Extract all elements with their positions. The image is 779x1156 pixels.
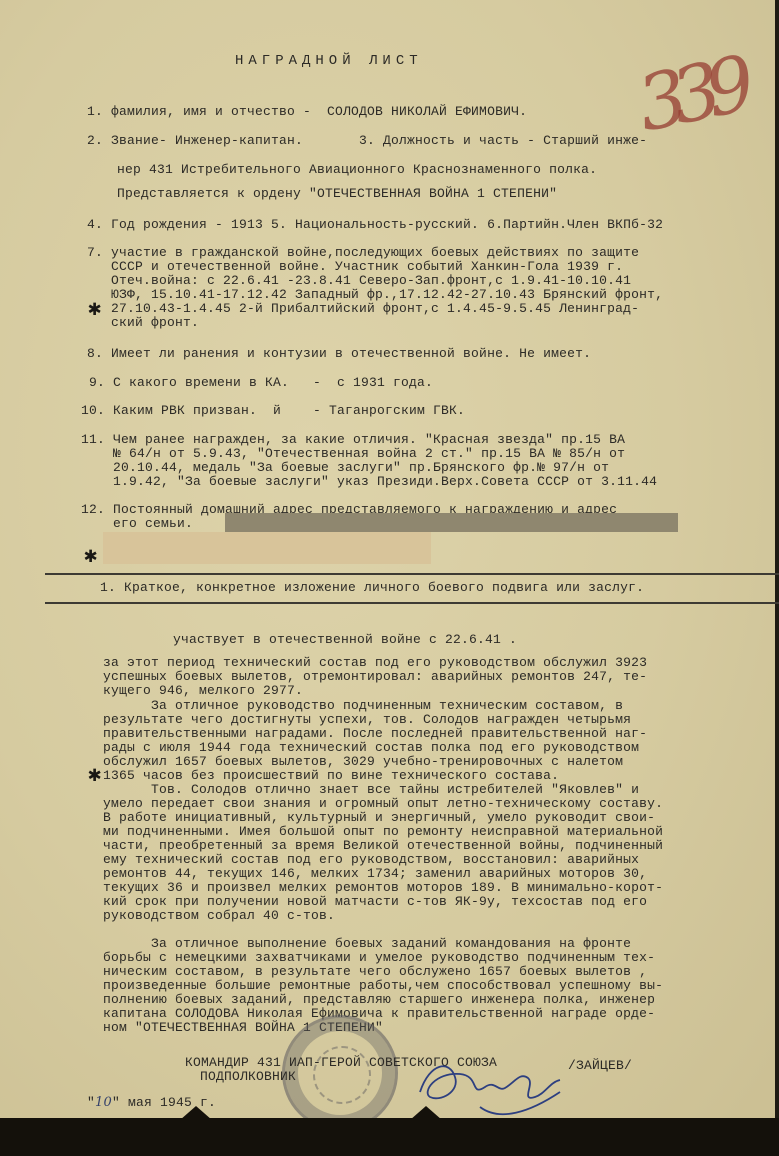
narrative-p4-line-6: капитана СОЛОДОВА Николая Ефимовича к пр… bbox=[103, 1007, 655, 1021]
narrative-p3-line-7: ремонтов 44, текущих 146, мелких 1734; з… bbox=[103, 867, 647, 881]
award-recommended: Представляется к ордену "ОТЕЧЕСТВЕННАЯ В… bbox=[117, 187, 557, 201]
narrative-p2-line-5: обслужил 1657 боевых вылетов, 3029 учебн… bbox=[103, 755, 623, 769]
section-header: 1. Краткое, конкретное изложение личного… bbox=[100, 581, 644, 595]
narrative-p4-line-4: произведенные большие ремонтные работы,ч… bbox=[103, 979, 663, 993]
archive-number-handwritten: 339 bbox=[630, 40, 749, 148]
narrative-p3-line-8: текущих 36 и произвел мелких ремонтов мо… bbox=[103, 881, 663, 895]
narrative-p3-line-4: ми подчиненными. Имея большой опыт по ре… bbox=[103, 825, 663, 839]
commander-rank: ПОДПОЛКОВНИК bbox=[200, 1070, 296, 1084]
item-11-line-4: 1.9.42, "За боевые заслуги" указ Президи… bbox=[81, 475, 657, 489]
narrative-p2-line-1: За отличное руководство подчиненным техн… bbox=[103, 699, 623, 713]
item-7-line-4: ЮЗФ, 15.10.41-17.12.42 Западный фр.,17.1… bbox=[87, 288, 663, 302]
item-2-unit: нер 431 Истребительного Авиационного Кра… bbox=[117, 163, 597, 177]
narrative-p3-line-10: руководством собрал 40 с-тов. bbox=[103, 909, 335, 923]
narrative-p4-line-2: борьбы с немецкими захватчиками и умелое… bbox=[103, 951, 655, 965]
redaction-block-address bbox=[225, 513, 678, 532]
narrative-p1-line-3: кущего 946, мелкого 2977. bbox=[103, 684, 303, 698]
narrative-p2-line-2: результате чего достигнуты успехи, тов. … bbox=[103, 713, 631, 727]
narrative-p1-line-1: за этот период технический состав под ег… bbox=[103, 656, 647, 670]
item-4-birth-nationality-party: 4. Год рождения - 1913 5. Национальность… bbox=[87, 218, 663, 232]
narrative-p2-line-4: рады с июля 1944 года технический состав… bbox=[103, 741, 639, 755]
narrative-p4-line-1: За отличное выполнение боевых заданий ко… bbox=[103, 937, 631, 951]
item-10-draft-office: 10. Каким РВК призван. й - Таганрогским … bbox=[81, 404, 465, 418]
narrative-lead: участвует в отечественной войне с 22.6.4… bbox=[173, 633, 517, 647]
section-divider-top bbox=[45, 573, 779, 575]
item-11-line-1: 11. Чем ранее награжден, за какие отличи… bbox=[81, 433, 625, 447]
item-8-wounds: 8. Имеет ли ранения и контузии в отечест… bbox=[87, 347, 591, 361]
item-7-line-5: 27.10.43-1.4.45 2-й Прибалтийский фронт,… bbox=[87, 302, 639, 316]
narrative-p1-line-2: успешных боевых вылетов, отремонтировал:… bbox=[103, 670, 647, 684]
redaction-block-light bbox=[103, 532, 431, 564]
margin-mark-icon: ✱ bbox=[88, 762, 101, 788]
item-12-line-2: его семьи. bbox=[81, 517, 193, 531]
official-seal-stamp bbox=[282, 1015, 398, 1131]
narrative-p2-line-3: правительственными наградами. После посл… bbox=[103, 727, 647, 741]
narrative-p2-line-6: 1365 часов без происшествий по вине техн… bbox=[103, 769, 559, 783]
document-title: НАГРАДНОЙ ЛИСТ bbox=[235, 54, 423, 68]
commander-name: /ЗАЙЦЕВ/ bbox=[568, 1059, 632, 1073]
date-day-handwritten: 10 bbox=[95, 1095, 112, 1110]
item-7-line-2: СССР и отечественной войне. Участник соб… bbox=[87, 260, 623, 274]
item-7-line-1: 7. участие в гражданской войне,последующ… bbox=[87, 246, 639, 260]
margin-mark-icon: ✱ bbox=[88, 296, 101, 322]
margin-mark-icon: ✱ bbox=[84, 543, 97, 569]
narrative-p3-line-9: кий срок при получении новой матчасти с-… bbox=[103, 895, 647, 909]
item-11-line-3: 20.10.44, медаль "За боевые заслуги" пр.… bbox=[81, 461, 609, 475]
item-9-service-since: 9. С какого времени в КА. - с 1931 года. bbox=[89, 376, 433, 390]
narrative-p3-line-6: ему технический состав под его руководст… bbox=[103, 853, 639, 867]
award-sheet-page: 339 НАГРАДНОЙ ЛИСТ 1. фамилия, имя и отч… bbox=[0, 0, 779, 1130]
section-divider-bottom bbox=[45, 602, 779, 604]
narrative-p3-line-5: части, преобретенный за время Великой от… bbox=[103, 839, 663, 853]
narrative-p4-line-5: полнению боевых заданий, представляю ста… bbox=[103, 993, 655, 1007]
narrative-p4-line-3: ническим составом, в результате чего обс… bbox=[103, 965, 647, 979]
narrative-p3-line-1: Тов. Солодов отлично знает все тайны ист… bbox=[103, 783, 639, 797]
narrative-p3-line-3: В работе инициативный, культурный и энер… bbox=[103, 811, 655, 825]
item-7-line-6: ский фронт. bbox=[87, 316, 199, 330]
narrative-p3-line-2: умело передает свои знания и огромный оп… bbox=[103, 797, 663, 811]
item-11-line-2: № 64/н от 5.9.43, "Отечественная война 2… bbox=[81, 447, 625, 461]
item-7-line-3: Отеч.война: с 22.6.41 -23.8.41 Северо-За… bbox=[87, 274, 631, 288]
item-2-rank-position: 2. Звание- Инженер-капитан. 3. Должность… bbox=[87, 134, 647, 148]
torn-bottom-edge bbox=[0, 1118, 779, 1156]
item-1-full-name: 1. фамилия, имя и отчество - СОЛОДОВ НИК… bbox=[87, 105, 527, 119]
